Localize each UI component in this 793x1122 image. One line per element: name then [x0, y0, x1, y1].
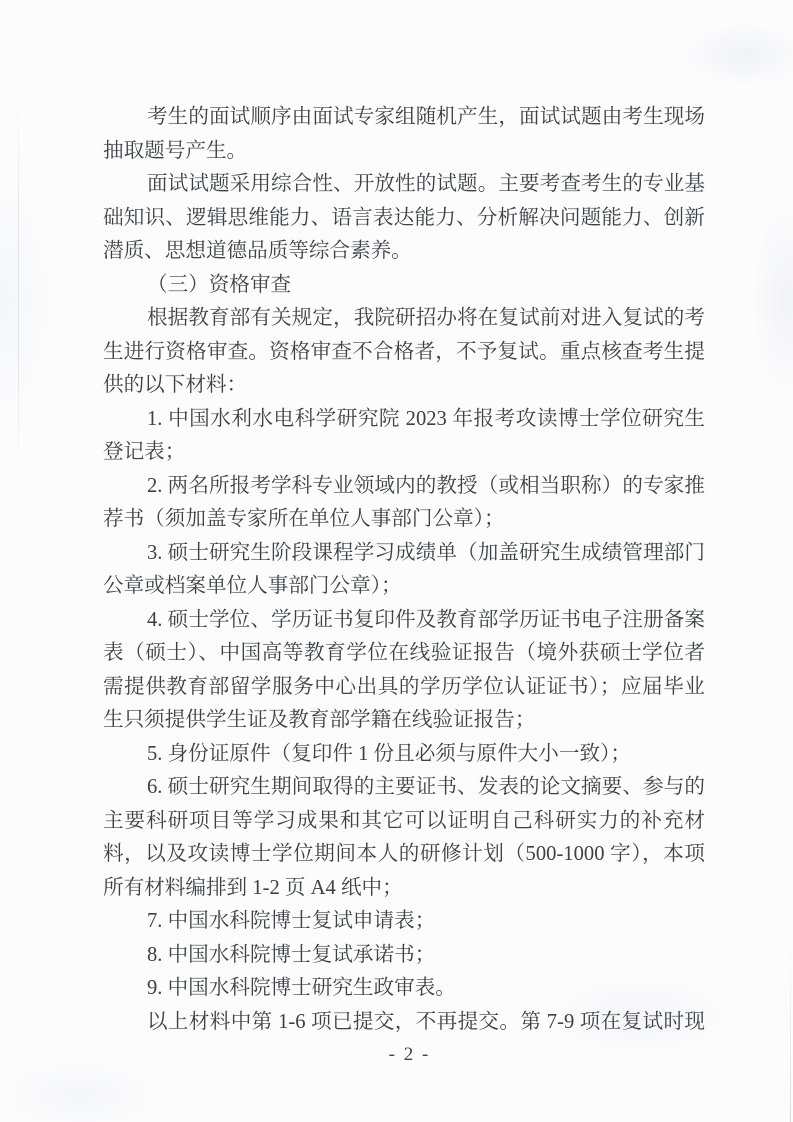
text-line: 荐书（须加盖专家所在单位人事部门公章）； — [103, 503, 705, 537]
text-line: 供的以下材料： — [103, 369, 705, 403]
text-line: 面试试题采用综合性、开放性的试题。主要考查考生的专业基 — [103, 168, 705, 202]
page-number: - 2 - — [0, 1043, 793, 1067]
list-item: 7. 中国水科院博士复试申请表； — [103, 905, 705, 939]
text-line: 公章或档案单位人事部门公章）； — [103, 570, 705, 604]
text-line: 主要科研项目等学习成果和其它可以证明自己科研实力的补充材 — [103, 805, 705, 839]
text-line: 表（硕士）、中国高等教育学位在线验证报告（境外获硕士学位者 — [103, 637, 705, 671]
text-line: 9. 中国水科院博士研究生政审表。 — [103, 972, 705, 1006]
paragraph: 面试试题采用综合性、开放性的试题。主要考查考生的专业基础知识、逻辑思维能力、语言… — [103, 168, 705, 269]
text-line: 料，以及攻读博士学位期间本人的研修计划（500-1000 字），本项 — [103, 838, 705, 872]
list-item: 2. 两名所报考学科专业领域内的教授（或相当职称）的专家推荐书（须加盖专家所在单… — [103, 470, 705, 537]
text-line: 潜质、思想道德品质等综合素养。 — [103, 235, 705, 269]
text-line: （三）资格审查 — [103, 269, 705, 303]
list-item: 5. 身份证原件（复印件 1 份且必须与原件大小一致）； — [103, 738, 705, 772]
text-line: 需提供教育部留学服务中心出具的学历学位认证证书）；应届毕业 — [103, 671, 705, 705]
scan-edge-artifact — [790, 930, 791, 1122]
scan-crease-artifact — [18, 100, 19, 480]
text-line: 所有材料编排到 1-2 页 A4 纸中； — [103, 872, 705, 906]
paragraph: 以上材料中第 1-6 项已提交，不再提交。第 7-9 项在复试时现 — [103, 1006, 705, 1040]
text-line: 6. 硕士研究生期间取得的主要证书、发表的论文摘要、参与的 — [103, 771, 705, 805]
text-line: 5. 身份证原件（复印件 1 份且必须与原件大小一致）； — [103, 738, 705, 772]
text-line: 以上材料中第 1-6 项已提交，不再提交。第 7-9 项在复试时现 — [103, 1006, 705, 1040]
text-line: 生进行资格审查。资格审查不合格者，不予复试。重点核查考生提 — [103, 336, 705, 370]
text-line: 抽取题号产生。 — [103, 135, 705, 169]
text-line: 2. 两名所报考学科专业领域内的教授（或相当职称）的专家推 — [103, 470, 705, 504]
paragraph: 根据教育部有关规定，我院研招办将在复试前对进入复试的考生进行资格审查。资格审查不… — [103, 302, 705, 403]
list-item: 4. 硕士学位、学历证书复印件及教育部学历证书电子注册备案表（硕士）、中国高等教… — [103, 604, 705, 738]
text-line: 考生的面试顺序由面试专家组随机产生，面试试题由考生现场 — [103, 101, 705, 135]
text-line: 登记表； — [103, 436, 705, 470]
text-line: 1. 中国水利水电科学研究院 2023 年报考攻读博士学位研究生 — [103, 403, 705, 437]
text-line: 础知识、逻辑思维能力、语言表达能力、分析解决问题能力、创新 — [103, 202, 705, 236]
list-item: 3. 硕士研究生阶段课程学习成绩单（加盖研究生成绩管理部门公章或档案单位人事部门… — [103, 537, 705, 604]
list-item: 6. 硕士研究生期间取得的主要证书、发表的论文摘要、参与的主要科研项目等学习成果… — [103, 771, 705, 905]
text-line: 4. 硕士学位、学历证书复印件及教育部学历证书电子注册备案 — [103, 604, 705, 638]
section-heading: （三）资格审查 — [103, 269, 705, 303]
list-item: 8. 中国水科院博士复试承诺书； — [103, 939, 705, 973]
text-line: 3. 硕士研究生阶段课程学习成绩单（加盖研究生成绩管理部门 — [103, 537, 705, 571]
text-line: 8. 中国水科院博士复试承诺书； — [103, 939, 705, 973]
text-line: 生只须提供学生证及教育部学籍在线验证报告； — [103, 704, 705, 738]
text-line: 7. 中国水科院博士复试申请表； — [103, 905, 705, 939]
document-page: 考生的面试顺序由面试专家组随机产生，面试试题由考生现场抽取题号产生。面试试题采用… — [0, 0, 793, 1122]
list-item: 1. 中国水利水电科学研究院 2023 年报考攻读博士学位研究生登记表； — [103, 403, 705, 470]
document-text: 考生的面试顺序由面试专家组随机产生，面试试题由考生现场抽取题号产生。面试试题采用… — [103, 101, 705, 1039]
paragraph: 考生的面试顺序由面试专家组随机产生，面试试题由考生现场抽取题号产生。 — [103, 101, 705, 168]
text-line: 根据教育部有关规定，我院研招办将在复试前对进入复试的考 — [103, 302, 705, 336]
list-item: 9. 中国水科院博士研究生政审表。 — [103, 972, 705, 1006]
